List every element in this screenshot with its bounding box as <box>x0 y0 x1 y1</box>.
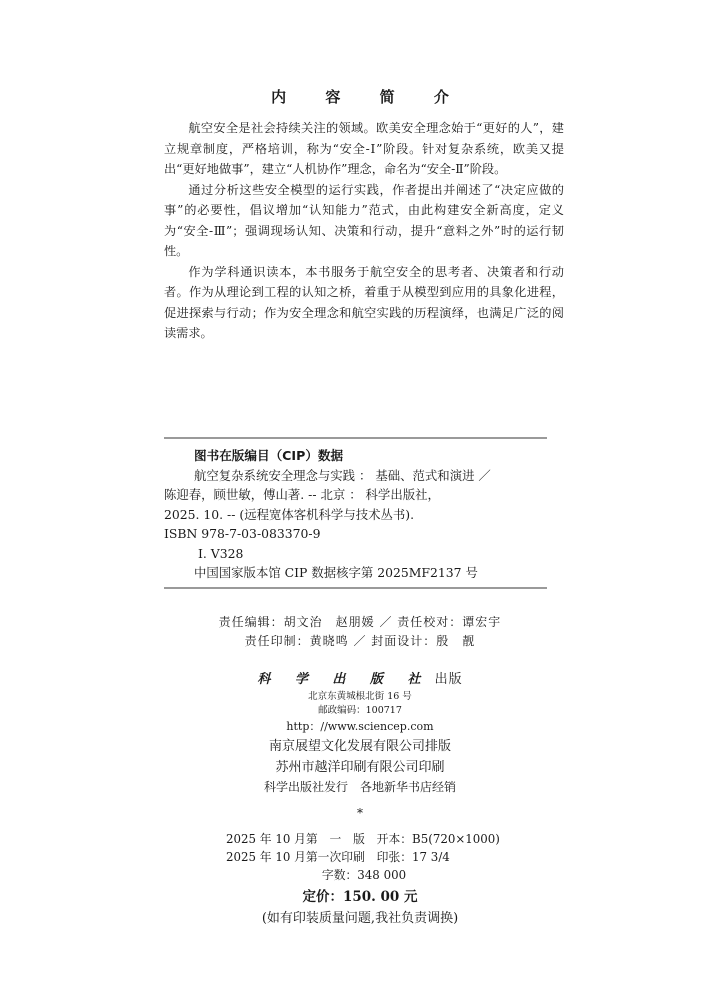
typesetter: 南京展望文化发展有限公司排版 <box>0 736 720 757</box>
publisher-url: http：//www.sciencep.com <box>0 718 720 736</box>
edition-block: 2025 年 10 月第 一 版 开本：B5(720×1000) 2025 年 … <box>226 830 526 884</box>
cip-isbn: ISBN 978-7-03-083370-9 <box>164 524 549 544</box>
publisher-zip: 邮政编码：100717 <box>0 704 720 718</box>
cip-heading: 图书在版编目（CIP）数据 <box>164 446 549 466</box>
publisher-name: 科 学 出 版 社 <box>257 672 430 687</box>
price: 定价：150. 00 元 <box>0 886 720 908</box>
publisher-name-line: 科 学 出 版 社 出版 <box>0 670 720 690</box>
summary-body: 航空安全是社会持续关注的领域。欧美安全理念始于“更好的人”，建立规章制度，严格培… <box>164 118 564 344</box>
cip-block: 图书在版编目（CIP）数据 航空复杂系统安全理念与实践 ： 基础、范式和演进 ／… <box>164 446 549 583</box>
cip-line: 航空复杂系统安全理念与实践 ： 基础、范式和演进 ／ <box>164 466 549 486</box>
cip-bottom-rule <box>164 587 547 589</box>
publisher-suffix: 出版 <box>435 672 463 687</box>
cip-record-number: 中国国家版本馆 CIP 数据核字第 2025MF2137 号 <box>164 563 549 583</box>
publisher-address: 北京东黄城根北街 16 号 <box>0 690 720 704</box>
credits-block: 责任编辑：胡文治 赵朋媛 ／ 责任校对：谭宏宇 责任印制：黄晓鸣 ／ 封面设计：… <box>0 613 720 651</box>
credits-production: 责任印制：黄晓鸣 ／ 封面设计：殷 靓 <box>0 632 720 651</box>
edition-line: 2025 年 10 月第 一 版 开本：B5(720×1000) <box>226 830 526 848</box>
printer: 苏州市越洋印刷有限公司印刷 <box>0 757 720 778</box>
cip-line: 陈迎春，顾世敏，傅山著. -- 北京 ： 科学出版社， <box>164 485 549 505</box>
cip-line: 2025. 10. -- (远程宽体客机科学与技术丛书). <box>164 505 549 525</box>
summary-paragraph: 航空安全是社会持续关注的领域。欧美安全理念始于“更好的人”，建立规章制度，严格培… <box>164 118 564 180</box>
summary-title: 内 容 简 介 <box>0 86 720 107</box>
credits-editors: 责任编辑：胡文治 赵朋媛 ／ 责任校对：谭宏宇 <box>0 613 720 632</box>
separator-star: * <box>0 804 720 822</box>
printing-line: 2025 年 10 月第一次印刷 印张：17 3/4 <box>226 848 526 866</box>
publisher-block: 科 学 出 版 社 出版 北京东黄城根北街 16 号 邮政编码：100717 h… <box>0 670 720 822</box>
summary-paragraph: 通过分析这些安全模型的运行实践，作者提出并阐述了“决定应做的事”的必要性，倡议增… <box>164 180 564 262</box>
cip-top-rule <box>164 437 547 439</box>
cip-classification: Ⅰ. V328 <box>164 544 549 564</box>
distribution: 科学出版社发行 各地新华书店经销 <box>0 778 720 796</box>
summary-paragraph: 作为学科通识读本，本书服务于航空安全的思考者、决策者和行动者。作为从理论到工程的… <box>164 262 564 344</box>
quality-notice: (如有印装质量问题,我社负责调换) <box>0 908 720 930</box>
word-count: 字数：348 000 <box>226 866 526 884</box>
